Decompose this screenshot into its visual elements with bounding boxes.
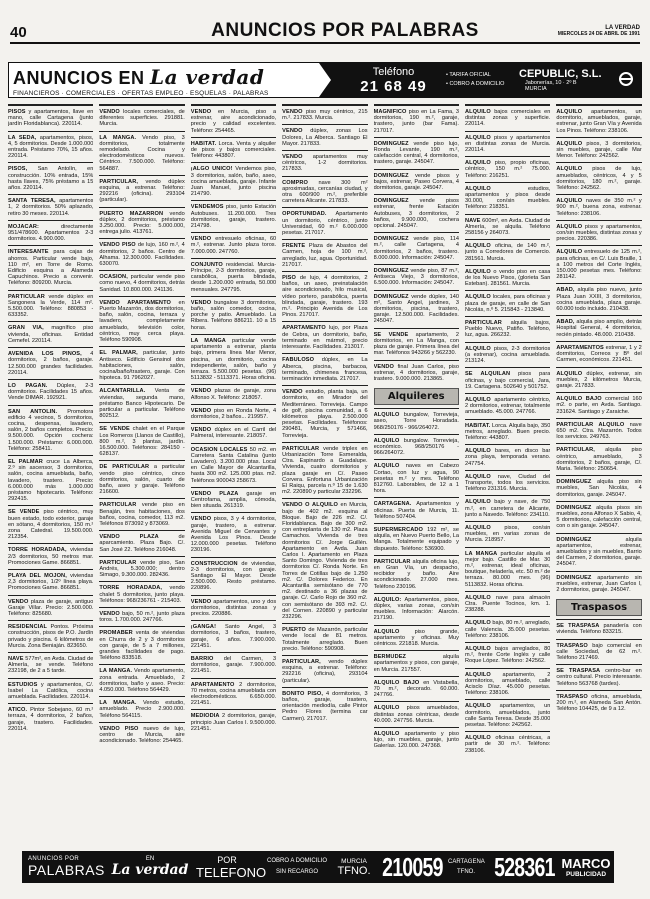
ad-lead: PARTICULAR, (556, 447, 595, 453)
classified-ad: PROMABER venta de viviendas en Churra de… (99, 626, 184, 664)
ad-text: Promotora edificio 4 vecinos, 5 dormitor… (8, 409, 93, 452)
footer-text: TFNO. (336, 865, 372, 877)
classified-ad: LA SEDA, apartamentos, pisos, 4, 5 dormi… (8, 131, 93, 163)
ad-lead: VENDEMOS (191, 204, 224, 210)
classified-ad: PARTICULAR vende piso, San Andrés, 5.300… (99, 556, 184, 582)
ad-lead: VENDO (191, 516, 211, 522)
classified-ad: ALQUILO bajo, 80 m.², arreglado, calle V… (465, 616, 550, 642)
classified-ad: BONITO PISO, 4 dormitorios, 3 baños, gar… (282, 687, 367, 725)
classified-ad: PARTICULAR vende piso en Benaján, tres h… (99, 498, 184, 530)
ad-lead: SUPERMERCADO (374, 527, 423, 533)
ad-lead: TRASPASO (556, 643, 587, 649)
ad-lead: PISO (282, 275, 296, 281)
ad-lead: DOMINGUEZ (556, 479, 591, 485)
classified-ad: VENDO bungalow 3 dormitorios, baño, saló… (191, 296, 276, 334)
ad-lead: PARTICULAR, (99, 179, 138, 185)
ad-lead: ALQUILO (465, 499, 491, 505)
ad-lead: OCASION, (99, 274, 127, 280)
ad-lead: ALQUILO (465, 294, 491, 300)
ad-lead: ABAD, (556, 287, 574, 293)
ad-text: particular alquila el mejor bajo. Castil… (465, 551, 550, 588)
classified-ad: TORRE HORADADA, viviendas 2/3 dormitorio… (8, 543, 93, 569)
ad-lead: VENDO PLAZA (99, 534, 158, 540)
ad-lead: ATICO. (8, 707, 27, 713)
classified-ad: PARTICULAR alquila oficina lujo, en Gran… (374, 555, 459, 593)
classified-ad: MAGNIFICO piso en La Fama, 3 dormitorios… (374, 104, 459, 137)
ad-lead: ALQUILO (465, 474, 491, 480)
classified-ad: ALQUILO pisos, 2-3 dormitorios (a estren… (465, 342, 550, 368)
classified-ad: PARTICULAR ALQUILO nave 650 m2. Ctra. Ma… (556, 418, 641, 444)
classified-ad: ALQUILO: Apartamentos, pisos, dúplex, va… (374, 593, 459, 625)
ad-lead: CONJUNTO (191, 262, 223, 268)
classified-ad: PARTICULAR alquila bajos, Pueblo Nuevo, … (465, 316, 550, 342)
agency-address-city: MURCIA (519, 86, 641, 92)
banner-headline: ANUNCIOS EN La verdad (13, 65, 315, 89)
ad-text: particular vende apartamento a estrenar,… (191, 338, 276, 381)
classified-ad: ATICO. Pintor Sobejano, 60 m.² terraza, … (8, 703, 93, 735)
classified-ad: ALQUILO BAJO comercial 160 m2. o parte, … (556, 392, 641, 418)
classified-ad: GRAN VIA, magnífico piso vivienda, ofici… (8, 321, 93, 347)
footer-text: PALABRAS (28, 862, 104, 878)
ad-lead: PARTICULAR (282, 446, 319, 452)
ad-lead: ABAD, (556, 319, 574, 325)
classified-ad: APARTAMENTO lujo, por Plaza de Cebra, un… (282, 321, 367, 353)
ad-lead: ALQUILO (374, 629, 400, 635)
ad-lead: TORRE HORADADA, (99, 585, 162, 591)
classified-ad: SAN ANTOLIN. Promotora edificio 4 vecino… (8, 405, 93, 455)
ad-text: en Murcia, bajo de 402 m2. esquina al Bl… (282, 502, 367, 620)
ad-lead: RESIDENCIAL (8, 624, 47, 630)
ad-lead: ALQUILO (465, 397, 491, 403)
ad-lead: MOJACAR: (8, 224, 39, 230)
feature-item: • TARIFA OFICIAL (446, 71, 511, 80)
ad-lead: CARTAGENA. (374, 501, 412, 507)
ad-lead: ESTUDIOS (8, 682, 37, 688)
classified-ad: TRASPASO oficina, amueblada, 200 m.², en… (556, 690, 641, 716)
ad-lead: ALQUILO (556, 166, 582, 172)
classified-ad: VENDO apartamentos, uno y dos dormitorio… (191, 595, 276, 621)
classified-ad: ALQUILO naves en Cabezo Cortao, con luz … (374, 459, 459, 497)
feature-item: • COBRO A DOMICILIO (446, 80, 511, 89)
ad-lead: DOMINGUEZ (374, 294, 409, 300)
ad-text: vende triplex en Urbanización Torre Esme… (282, 446, 367, 495)
ad-lead: ALQUILO (465, 186, 491, 192)
ad-lead: DOMINGUEZ (556, 575, 591, 581)
ad-lead: FABULOSO (282, 357, 314, 363)
classified-ad: ALQUILO bares, en disco bar zona playa, … (465, 444, 550, 470)
ad-lead: SANTA TERESA, (8, 198, 56, 204)
ad-lead: ALQUILO (374, 463, 400, 469)
classified-ad: PISOS y apartamentos, llave en mano, cal… (8, 104, 93, 131)
classified-ad: FABULOSO dúplex, en La Alberca, piscina,… (282, 353, 367, 385)
ad-lead: PARTICULAR ALQUILO (556, 422, 624, 428)
classified-ad: OPORTUNIDAD. Apartamento un dormitorio, … (282, 207, 367, 239)
ad-lead: ALQUILO (465, 160, 491, 166)
footer-text: COBRO A DOMICILIO (258, 856, 336, 867)
cartagena-phone-number: 528361 (494, 852, 555, 883)
ad-lead: VENDO (191, 236, 211, 242)
ad-lead: PARTICULAR, (282, 659, 321, 665)
ad-lead: PARTICULAR (374, 559, 411, 565)
classified-ad: LA MANGA. Vendo apartamento, zona entrad… (99, 664, 184, 696)
ad-lead: VENDO (282, 389, 302, 395)
footer-text: POR (196, 855, 258, 865)
ad-lead: PARTICULAR (99, 502, 136, 508)
ad-lead: VENDO (374, 364, 394, 370)
ad-lead: APARTAMENTOS (556, 345, 604, 351)
classified-ad: DOMINGUEZ vende piso, 114 m.², calle Car… (374, 232, 459, 264)
classified-column: VENDO locales comerciales, de diferentes… (99, 104, 184, 837)
ad-lead: DOMINGUEZ (374, 268, 409, 274)
classified-ad: APARTAMENTOS estrenar, 1 y 2 dormitorios… (556, 341, 641, 367)
ad-lead: BARRIO (191, 656, 214, 662)
classified-ad: ABAD, alquila piso nuevo, junto Plaza Ju… (556, 283, 641, 315)
classified-ad: ALQUILO dúplex, estrenar, sin muebles, 2… (556, 367, 641, 393)
classified-ad: LA MANGA particular vende apartamento a … (191, 334, 276, 384)
classified-ad: BERMUDEZ alquila apartamentos y pisos, c… (374, 650, 459, 676)
footer-cartagena-number: 528361 (484, 852, 558, 883)
agency-block: CEPUBLIC, S.L. Jabonerías, 10 · 2º B MUR… (511, 68, 641, 92)
ad-lead: ALQUILO (556, 198, 582, 204)
classified-ad: DOMINGUEZ vende pisos y bajos, estrenar,… (374, 169, 459, 195)
classified-ad: ALQUILO pisos de lujo, amueblados, céntr… (556, 162, 641, 194)
ad-lead: VENDO (282, 128, 302, 134)
ad-lead: AVENIDA LOS PINOS, (8, 351, 82, 357)
ad-lead: VENDO (191, 599, 211, 605)
ad-lead: DOMINGUEZ (556, 505, 591, 511)
ad-lead: ALQUILO (465, 646, 491, 652)
ad-lead: VENDO (8, 599, 28, 605)
classified-ad: PARTICULAR, vendo dúplex esquina, a estr… (282, 655, 367, 687)
la-verdad-logo: La verdad (104, 862, 196, 878)
footer-agency-sub: PUBLICIDAD (558, 871, 614, 878)
ad-lead: TRASPASO (556, 694, 587, 700)
classified-ad: SE VENDE apartamento, 2 dormitorios, en … (374, 328, 459, 360)
classified-ad: ALQUILO bungalow. Torrevieja, económico.… (374, 434, 459, 460)
banner-features: • TARIFA OFICIAL • COBRO A DOMICILIO (446, 71, 511, 89)
ad-lead: ALQUILO (465, 243, 491, 249)
ad-lead: MAGNIFICO (374, 109, 407, 115)
ad-lead: ALQUILO (465, 525, 491, 531)
classified-ad: VENDO PLAZA garaje en Centrofama, amplia… (191, 487, 276, 513)
classified-ad: ALQUILO estudios, apartamentos y pisos d… (465, 182, 550, 214)
phone-number: 21 68 49 (341, 78, 446, 95)
classified-ad: MEDIODIA 2 dormitorios, garaje, principi… (191, 709, 276, 735)
banner-headline-block: ANUNCIOS EN La verdad FINANCIEROS · COME… (9, 63, 319, 97)
ad-lead: GRAN VIA, (8, 325, 44, 331)
footer-murcia-number: 210059 (372, 852, 448, 883)
ad-lead: SE VENDE (99, 426, 129, 432)
classified-ad: PARTICULAR, alquila piso céntrico, amueb… (556, 443, 641, 475)
ad-lead: ALQUILO BAJO (374, 680, 420, 686)
classified-columns: PISOS y apartamentos, llave en mano, cal… (8, 104, 642, 837)
classified-ad: ABAD, alquila piso amplio, detrás Hospit… (556, 315, 641, 341)
ad-lead: ALQUILO (374, 412, 400, 418)
murcia-phone-number: 210059 (382, 852, 443, 883)
classified-ad: VENDO locales comerciales, de diferentes… (99, 104, 184, 131)
ad-lead: COMPRO (282, 180, 308, 186)
ad-lead: VENDO (282, 154, 302, 160)
classified-ad: SE TRASPASA centro-bar en centro cultura… (556, 664, 641, 690)
ad-lead: DE PARTICULAR (99, 464, 149, 470)
classified-ad: VENDO apartamentos muy céntricos, 1-2 do… (282, 150, 367, 176)
classified-ad: DOMINGUEZ vende dúplex, 140 m², Santo An… (374, 290, 459, 328)
classified-ad: VENDO PISO de lujo, 160 m.², 4 dormitori… (99, 238, 184, 270)
classified-ad: VENDO pisos, 3 y 4 dormitorios, garaje, … (191, 512, 276, 556)
ad-text: para cajas de ahorros. Particular vende … (8, 249, 93, 286)
classified-ad: VENDO dúplex en el Carril del Palmeral, … (191, 423, 276, 442)
classified-ad: ALQUILO bajos arreglados, 80 m.², frente… (465, 642, 550, 668)
ad-lead: ALQUILO (465, 448, 491, 454)
classified-ad: VENDO entresuelo oficinas, 60 m.², estre… (191, 232, 276, 258)
ad-lead: ALQUILO (556, 249, 582, 255)
classified-ad: ALQUILO pisos amueblados, distintas zona… (374, 701, 459, 727)
ad-lead: VENDO PISO (99, 242, 135, 248)
ad-lead: ALQUILO BAJO (556, 396, 601, 402)
ad-lead: LA MANGA. (99, 668, 132, 674)
classified-ad: VENDO dúplex, zonas Los Dolores, La Albe… (282, 124, 367, 150)
classified-ad: PISOS, San Antolín, en construcción. 10%… (8, 162, 93, 194)
ad-lead: HABITAT. (465, 423, 490, 429)
classified-ad: VENDO en Murcia, piso a estrenar, aire a… (191, 104, 276, 137)
classified-ad: ALQUILO pisos y apartamentos en distinta… (465, 131, 550, 157)
classified-ad: SANTA TERESA, apartamentos 1, 2 dormitor… (8, 194, 93, 220)
classifieds-banner: ANUNCIOS EN La verdad FINANCIEROS · COME… (8, 62, 642, 98)
ad-lead: DOMINGUEZ (374, 173, 409, 179)
ad-lead: APARTAMENTO (282, 325, 326, 331)
ad-lead: ALQUILO (465, 346, 491, 352)
classified-ad: ESTUDIOS y apartamentos, C/. Isabel La C… (8, 678, 93, 704)
ad-text: pisos, 3 y 4 dormitorios, garaje, traste… (191, 516, 276, 553)
classified-ad: DOMINGUEZ alquila piso sin muebles, San … (556, 475, 641, 501)
ad-lead: ¡GANGA! (191, 624, 216, 630)
classified-ad: BARRIO del Carmen, 3 dormitorios, garaje… (191, 652, 276, 678)
classified-ad: ALQUILO BAJO en Vistabella, 70 m.², deco… (374, 676, 459, 702)
footer-text: TFNO. (448, 867, 484, 877)
footer-text: CARTAGENA (448, 857, 484, 867)
ad-lead: TORRE HORADADA, (8, 547, 67, 553)
classified-ad: AVENIDA LOS PINOS, 4 dormitorios, 2 baño… (8, 347, 93, 379)
category-heading: Alquileres (374, 388, 459, 405)
ad-lead: VENDO (99, 109, 119, 115)
ad-lead: VENDO (282, 109, 302, 115)
classified-column: VENDO en Murcia, piso a estrenar, aire a… (191, 104, 276, 837)
classified-ad: DE PARTICULAR a particular vendo piso cé… (99, 460, 184, 498)
classified-ad: PUERTO MAZARRON vendo dúplex, 2 dormitor… (99, 207, 184, 239)
footer-agency: MARCO PUBLICIDAD (558, 856, 614, 878)
classified-ad: DOMINGUEZ vende piso, 87 m.², Antiseca V… (374, 264, 459, 290)
publication-info: LA VERDAD MIERCOLES 24 DE ABRIL DE 1991 (558, 25, 640, 37)
classified-ad: TRASPASO bajo comercial en calle Socieda… (556, 639, 641, 665)
ad-lead: NAVE (465, 218, 481, 224)
la-verdad-logo: La verdad (150, 65, 264, 89)
ad-lead: ALQUILO (465, 135, 491, 141)
banner-phone: Teléfono 21 68 49 (341, 66, 446, 95)
ad-lead: VENDO PISO (99, 726, 138, 732)
ad-lead: SE TRASPASA (556, 623, 599, 629)
ad-lead: VENDO (191, 300, 211, 306)
classified-ad: VENDO piso en Ronda Norte, 4 dormitorios… (191, 404, 276, 423)
ad-lead: VENDO (191, 388, 211, 394)
classified-ad: RESIDENCIAL Pontos. Próxima construcción… (8, 620, 93, 652)
classified-ad: LA MANGA. Vendo piso, 3 dormitorios, tot… (99, 131, 184, 175)
classified-ad: ALQUILO entresuelo de 125 m.², para ofic… (556, 245, 641, 283)
ad-lead: SE VENDE (8, 509, 40, 515)
classified-ad: EL PALMAR cruce La Alberca, 2.º sin asce… (8, 455, 93, 505)
ad-lead: BERMUDEZ (374, 654, 407, 660)
ad-lead: LA SEDA, (8, 135, 36, 141)
ad-lead: PUERTO (282, 627, 306, 633)
ad-lead: HABITAT. (191, 141, 216, 147)
ad-lead: VENDO (191, 427, 211, 433)
ad-text: en Puerto Mazarrón, dos dormitorios, bañ… (99, 300, 184, 343)
classified-ad: ALQUILO piso, propio oficinas, céntrico,… (465, 156, 550, 182)
classified-ad: ¡ALGO UNICO! Vendemos piso, 3 dormitorio… (191, 162, 276, 200)
ad-lead: ALQUILO (556, 109, 582, 115)
classified-ad: ALQUILO piso grande, apartamento y ofici… (374, 625, 459, 651)
footer-anuncios-por-palabras: ANUNCIOS POR PALABRAS (22, 856, 104, 878)
banner-contact-block: Teléfono 21 68 49 • TARIFA OFICIAL • COB… (319, 63, 641, 97)
ad-lead: ALQUILO (556, 141, 582, 147)
ad-lead: VENDO (191, 408, 211, 414)
ad-lead: LA MANGA. (99, 700, 136, 706)
ad-lead: NAVE (8, 656, 24, 662)
banner-subline: FINANCIEROS · COMERCIALES · OFERTAS EMPL… (13, 90, 315, 97)
classified-ad: ALQUILO o vendo piso en casa de los Nuev… (465, 265, 550, 291)
footer-cartagena-label: CARTAGENA TFNO. (448, 857, 484, 877)
classified-ad: ALQUILO naves de 350 m.² y 900 m.², buen… (556, 194, 641, 220)
ad-lead: VENDO APARTAMENTO (99, 300, 171, 306)
classified-ad: CONJUNTO residencial. Murcia-Príncipe, 2… (191, 258, 276, 296)
classified-ad: APARTAMENTO 2 dormitorios, 70 metros, co… (191, 678, 276, 710)
classified-ad: HABITAT. Lorca. Venta y alquiler de piso… (191, 137, 276, 163)
ad-lead: VENDO (99, 611, 119, 617)
classified-column: ALQUILO apartamentos, un dormitorio, amu… (556, 104, 641, 837)
ad-lead: ALQUILO (556, 224, 582, 230)
classified-ad: MOJACAR: directamente 951/478600. Aparta… (8, 220, 93, 246)
classified-ad: DOMINGUEZ vende piso lujo, Ronda Levante… (374, 137, 459, 169)
ad-lead: DOMINGUEZ (374, 236, 409, 242)
ad-lead: VENDO O ALQUILO (282, 502, 338, 508)
ad-lead: ¡ALGO UNICO! (191, 166, 233, 172)
footer-logo-block: EN La verdad (104, 856, 196, 878)
classified-ad: VENDEMOS piso, junto Estación Autobuses.… (191, 200, 276, 232)
classified-ad: ALQUILO oficinas céntricas, a partir de … (465, 731, 550, 757)
classified-ad: HABITAT. Lorca. Alquila bajo, 350 metros… (465, 419, 550, 445)
ad-lead: PARTICULAR (465, 320, 502, 326)
classified-ad: NAVE 577m², en Avda. Ciudad de Almería, … (8, 652, 93, 678)
ad-lead: ALQUILO (465, 109, 491, 115)
classified-column: ALQUILO bajos comerciales en distintas z… (465, 104, 550, 837)
ad-lead: OCASION LOCALES (191, 447, 248, 453)
classified-ad: DOMINGUEZ vende pisos estrenar, frente E… (374, 194, 459, 232)
classified-ad: PARTICULAR vende triplex en Urbanización… (282, 442, 367, 499)
classified-ad: OCASION LOCALES 50 m2. en Carretera Sant… (191, 443, 276, 487)
classified-ad: ALQUILO apartamentos, un dormitorio, amu… (465, 699, 550, 731)
footer-text: MURCIA (336, 858, 372, 865)
classified-ad: DOMINGUEZ alquila apartamentos, estrenar… (556, 533, 641, 571)
classified-ad: ALQUILO apartamentos, un dormitorio, amu… (556, 104, 641, 137)
ad-lead: FRENTE (282, 243, 305, 249)
classified-ad: VENDO bajo, 50 m.², junto plaza toros. 1… (99, 607, 184, 626)
classified-ad: VENDO PISO nuevo de lujo, centro de Murc… (99, 722, 184, 748)
classified-ad: ALQUILO nave para almacén Ctra. Puente T… (465, 591, 550, 617)
classified-ad: TORRE HORADADA, vendo chalet 5 dormitori… (99, 581, 184, 607)
classified-ad: INTERESANTE para cajas de ahorros. Parti… (8, 245, 93, 289)
ad-lead: ALCANTARILLA. (99, 388, 145, 394)
banner-headline-text: ANUNCIOS EN (13, 68, 145, 88)
ad-lead: APARTAMENTO (191, 682, 235, 688)
classified-ad: DOMINGUEZ apartamento sin muebles, estre… (556, 571, 641, 597)
classified-ad: NAVE 600m², en Avda. Ciudad de Almería, … (465, 214, 550, 240)
ad-lead: ALQUILO (465, 269, 491, 275)
ad-lead: ALQUILO (465, 735, 491, 741)
ad-lead: SE ALQUILAN (465, 371, 510, 377)
ad-lead: LA MANGA (191, 338, 226, 344)
classified-ad: CARTAGENA. Apartamentos y oficinas. Puer… (374, 497, 459, 523)
classified-ad: VENDO plaza de garaje, antiguo Garaje Vi… (8, 595, 93, 621)
classified-ad: ALQUILO bungalow, Torrevieja, aseo, Torr… (374, 408, 459, 434)
classified-ad: LO PAGAN. Dúplex, 2-3 dormitorios. Facil… (8, 379, 93, 405)
ad-lead: INTERESANTE (8, 249, 49, 255)
masthead: 40 ANUNCIOS POR PALABRAS LA VERDAD MIERC… (0, 0, 650, 44)
classified-ad: OCASION, particular vende piso como nuev… (99, 270, 184, 296)
classified-ad: VENDO APARTAMENTO en Puerto Mazarrón, do… (99, 296, 184, 346)
ad-lead: PUERTO MAZARRON (99, 211, 163, 217)
ad-lead: ALQUILO (465, 703, 491, 709)
classified-ad: VENDO O ALQUILO en Murcia, bajo de 402 m… (282, 498, 367, 623)
ad-lead: ALQUILO: (374, 597, 402, 603)
ad-lead: PARTICULAR (8, 294, 45, 300)
classified-ad: FRENTE Plaza de Abastos del Carmen, hoja… (282, 239, 367, 271)
ad-lead: DOMINGUEZ (374, 141, 409, 147)
ad-lead: OPORTUNIDAD. (282, 211, 326, 217)
ad-lead: CONSTRUCCION (191, 561, 238, 567)
ad-lead: DOMINGUEZ (374, 198, 409, 204)
ad-lead: SE VENDE (374, 332, 409, 338)
classified-ad: ALQUILO pisos y apartamentos, con/sin mu… (556, 220, 641, 246)
ad-lead: ALQUILO (465, 595, 491, 601)
classified-ad: CONSTRUCCION de viviendas, 2-3 dormitori… (191, 557, 276, 595)
ad-lead: ALQUILO (465, 672, 491, 678)
classified-ad: ALQUILO apartamento céntrico, 2 dormitor… (465, 393, 550, 419)
ad-text: Vendo piso, 3 dormitorios, totalmente re… (99, 135, 184, 172)
classified-ad: ALQUILO oficina, de 140 m.², junto a Cor… (465, 239, 550, 265)
category-heading: Traspasos (556, 599, 641, 616)
agency-emblem-icon (619, 72, 633, 86)
classified-ad: DOMINGUEZ alquila pisos sin muebles, zon… (556, 501, 641, 533)
publication-date: MIERCOLES 24 DE ABRIL DE 1991 (558, 31, 640, 37)
classified-ad: ALQUILO bajo y nave, de 750 m.², en carr… (465, 495, 550, 521)
ad-lead: MEDIODIA (191, 713, 220, 719)
ad-text: de lujo, 4 dormitorios, 2 baños, un aseo… (282, 275, 367, 318)
ad-lead: ALQUILO (374, 705, 400, 711)
ad-lead: ALQUILO (556, 371, 582, 377)
ad-text: cruce La Alberca, 2.º sin ascensor, 3 do… (8, 459, 93, 502)
classified-ad: PUERTO de Mazarrón, particular vende loc… (282, 623, 367, 655)
classified-ad: PARTICULAR vende dúplex en Sangonera la … (8, 290, 93, 322)
classified-ad: ALQUILO pisos, con/sin muebles, en varia… (465, 521, 550, 547)
footer-banner: ANUNCIOS POR PALABRAS EN La verdad POR T… (22, 851, 614, 883)
ad-lead: PROMABER (99, 630, 132, 636)
ad-lead: PISOS (8, 109, 26, 115)
classified-ad: VENDO plazas de garaje, zona Alfonso X. … (191, 384, 276, 403)
classified-ad: SE ALQUILAN pisos para oficinas, y bajo … (465, 367, 550, 393)
classified-column: VENDO piso muy céntrico, 215 m.². 217833… (282, 104, 367, 837)
classified-ad: ALQUILO locales, para oficinas y plaza d… (465, 290, 550, 316)
classified-ad: EL PALMAR, particular, junto Antiseco. E… (99, 346, 184, 384)
classified-ad: VENDO final Juan Carlos, piso estrenar, … (374, 360, 459, 386)
